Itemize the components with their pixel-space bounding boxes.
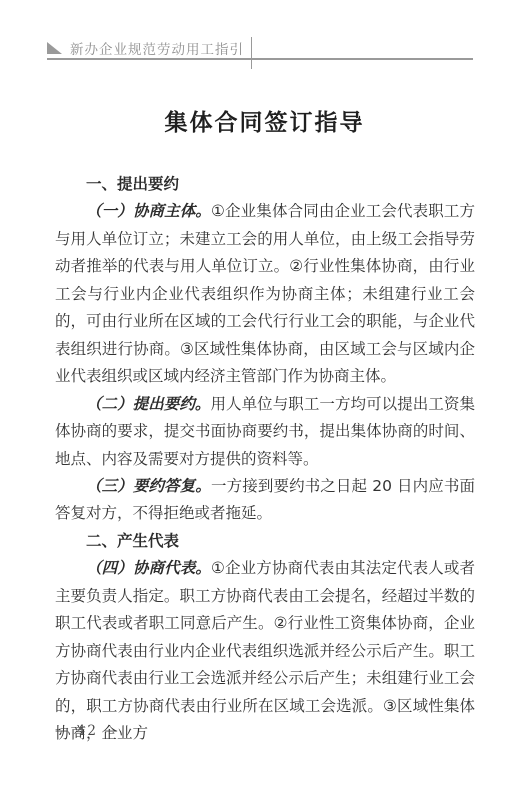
paragraph-1: （一）协商主体。①企业集体合同由企业工会代表职工方与用人单位订立；未建立工会的用… bbox=[55, 198, 475, 390]
paragraph-4-lead: （四）协商代表。 bbox=[86, 559, 211, 577]
document-body: 一、提出要约 （一）协商主体。①企业集体合同由企业工会代表职工方与用人单位订立；… bbox=[55, 171, 475, 748]
section-heading-1: 一、提出要约 bbox=[55, 171, 475, 198]
paragraph-1-text: ①企业集体合同由企业工会代表职工方与用人单位订立；未建立工会的用人单位，由上级工… bbox=[55, 202, 475, 385]
paragraph-3-lead: （三）要约答复。 bbox=[86, 477, 211, 495]
header-divider-tick bbox=[251, 37, 252, 69]
running-header: 新办企业规范劳动用工指引 bbox=[47, 38, 473, 60]
section-heading-2: 二、产生代表 bbox=[55, 528, 475, 555]
running-header-title: 新办企业规范劳动用工指引 bbox=[70, 38, 244, 58]
paragraph-3: （三）要约答复。一方接到要约书之日起 20 日内应书面答复对方，不得拒绝或者拖延… bbox=[55, 473, 475, 528]
paragraph-2-lead: （二）提出要约。 bbox=[86, 395, 211, 413]
paragraph-4-text: ①企业方协商代表由其法定代表人或者主要负责人指定。职工方协商代表由工会提名，经超… bbox=[55, 559, 475, 742]
document-page: 新办企业规范劳动用工指引 集体合同签订指导 一、提出要约 （一）协商主体。①企业… bbox=[0, 0, 529, 794]
page-title: 集体合同签订指导 bbox=[0, 104, 529, 137]
paragraph-4: （四）协商代表。①企业方协商代表由其法定代表人或者主要负责人指定。职工方协商代表… bbox=[55, 555, 475, 747]
corner-triangle-icon bbox=[47, 42, 62, 54]
page-number: — 42 — bbox=[55, 723, 120, 739]
paragraph-1-lead: （一）协商主体。 bbox=[86, 202, 211, 220]
paragraph-2: （二）提出要约。用人单位与职工一方均可以提出工资集体协商的要求，提交书面协商要约… bbox=[55, 391, 475, 473]
